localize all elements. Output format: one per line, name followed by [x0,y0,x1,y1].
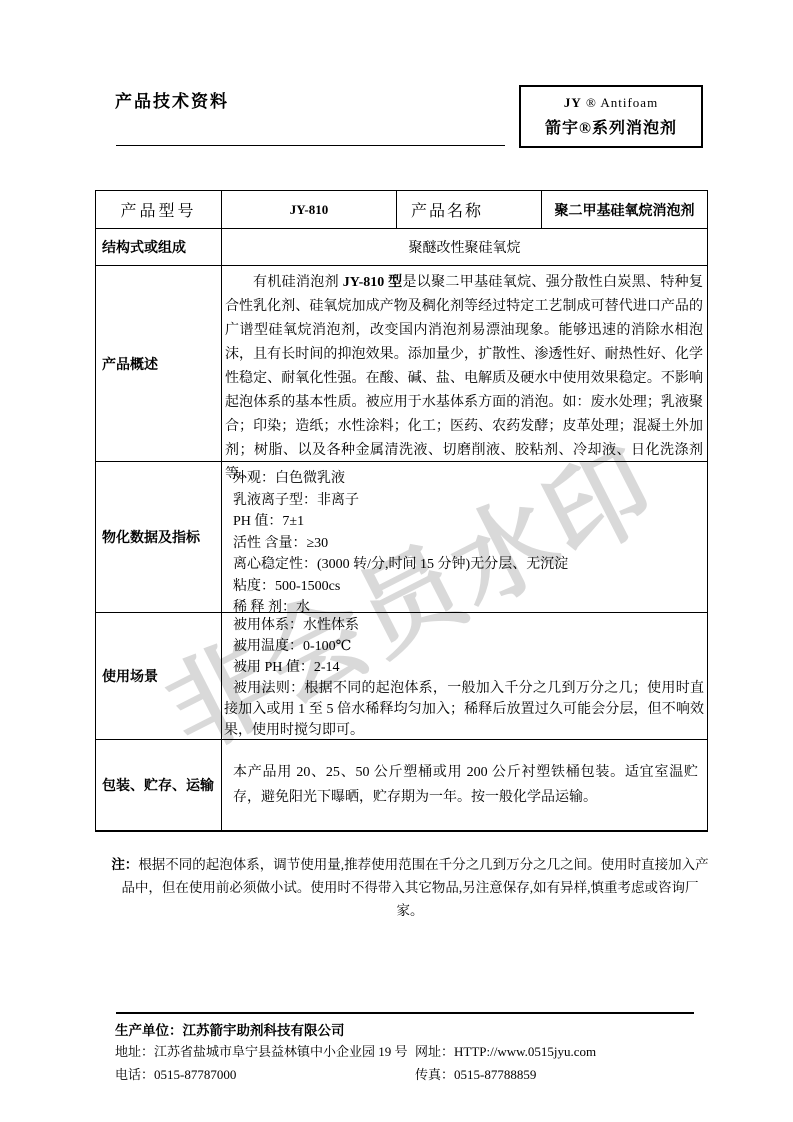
table-row-physical: 物化数据及指标 外观：白色微乳液 乳液离子型：非离子 PH 值：7±1 活性 含… [96,462,707,613]
packing-value: 本产品用 20、25、50 公斤塑桶或用 200 公斤衬塑铁桶包装。适宜室温贮存… [222,740,707,830]
usage-line: 被用法则：根据不同的起泡体系，一般加入千分之几到万分之几；使用时直接加入或用 1… [224,678,704,741]
packing-label: 包装、贮存、运输 [96,740,222,830]
overview-paragraph: 有机硅消泡剂 JY-810 型是以聚二甲基硅氧烷、强分散性白炭黑、特种复合性乳化… [225,271,703,487]
model-value: JY-810 [222,191,397,228]
brand-line-series: 箭宇®系列消泡剂 [545,115,677,138]
brand-antifoam: ® Antifoam [582,95,658,110]
usage-line: 被用温度：0-100℃ [224,636,704,657]
note-text: 根据不同的起泡体系，调节使用量,推荐使用范围在千分之几到万分之几之间。使用时直接… [121,857,708,918]
table-row-packing: 包装、贮存、运输 本产品用 20、25、50 公斤塑桶或用 200 公斤衬塑铁桶… [96,740,707,830]
table-row-structure: 结构式或组成 聚醚改性聚硅氧烷 [96,229,707,266]
overview-value: 有机硅消泡剂 JY-810 型是以聚二甲基硅氧烷、强分散性白炭黑、特种复合性乳化… [222,266,707,461]
model-label: 产品型号 [96,191,222,228]
physical-line: 粘度：500-1500cs [233,576,707,598]
physical-line: 乳液离子型：非离子 [233,490,707,512]
usage-line: 被用 PH 值：2-14 [224,657,704,678]
footer-rule [116,1012,694,1014]
overview-label: 产品概述 [96,266,222,461]
overview-text-before: 有机硅消泡剂 [253,275,343,290]
table-row-model: 产品型号 JY-810 产品名称 聚二甲基硅氧烷消泡剂 [96,191,707,229]
footer-phone-row: 电话：0515-87787000 传真：0515-87788859 [115,1064,536,1083]
physical-value: 外观：白色微乳液 乳液离子型：非离子 PH 值：7±1 活性 含量：≥30 离心… [222,462,707,612]
note-label: 注： [111,857,138,872]
physical-line: 离心稳定性：(3000 转/分,时间 15 分钟)无分层、无沉淀 [233,554,707,576]
footer-fax: 传真：0515-87788859 [415,1064,536,1083]
table-row-usage: 使用场景 被用体系：水性体系 被用温度：0-100℃ 被用 PH 值：2-14 … [96,613,707,740]
physical-line: 外观：白色微乳液 [233,468,707,490]
physical-label: 物化数据及指标 [96,462,222,612]
table-row-overview: 产品概述 有机硅消泡剂 JY-810 型是以聚二甲基硅氧烷、强分散性白炭黑、特种… [96,266,707,462]
brand-box: JY ® Antifoam 箭宇®系列消泡剂 [519,85,703,148]
note-block: 注：根据不同的起泡体系，调节使用量,推荐使用范围在千分之几到万分之几之间。使用时… [110,853,710,922]
packing-paragraph: 本产品用 20、25、50 公斤塑桶或用 200 公斤衬塑铁桶包装。适宜室温贮存… [233,760,698,810]
spec-table: 产品型号 JY-810 产品名称 聚二甲基硅氧烷消泡剂 结构式或组成 聚醚改性聚… [95,190,708,832]
structure-value: 聚醚改性聚硅氧烷 [222,229,707,265]
footer-phone: 电话：0515-87787000 [115,1064,415,1083]
overview-text-bold: JY-810 型 [343,275,403,290]
product-name-label: 产品名称 [397,191,542,228]
footer-website: 网址：HTTP://www.0515jyu.com [415,1041,596,1060]
page-title: 产品技术资料 [115,87,229,112]
footer-company: 生产单位：江苏箭宇助剂科技有限公司 [115,1019,345,1039]
product-datasheet-page: 非会员水印 产品技术资料 JY ® Antifoam 箭宇®系列消泡剂 产品型号… [0,0,793,1122]
physical-line: 活性 含量：≥30 [233,533,707,555]
usage-label: 使用场景 [96,613,222,739]
usage-line: 被用体系：水性体系 [224,615,704,636]
footer-address-row: 地址：江苏省盐城市阜宁县益林镇中小企业园 19 号 网址：HTTP://www.… [115,1041,596,1060]
product-name-value: 聚二甲基硅氧烷消泡剂 [542,191,707,228]
usage-value: 被用体系：水性体系 被用温度：0-100℃ 被用 PH 值：2-14 被用法则：… [222,613,707,739]
overview-text-after: 是以聚二甲基硅氧烷、强分散性白炭黑、特种复合性乳化剂、硅氧烷加成产物及稠化剂等经… [225,275,703,482]
brand-jy: JY [564,95,582,110]
footer-address: 地址：江苏省盐城市阜宁县益林镇中小企业园 19 号 [115,1041,415,1060]
brand-line-english: JY ® Antifoam [564,95,658,111]
structure-label: 结构式或组成 [96,229,222,265]
physical-line: PH 值：7±1 [233,511,707,533]
title-underline [116,145,505,146]
